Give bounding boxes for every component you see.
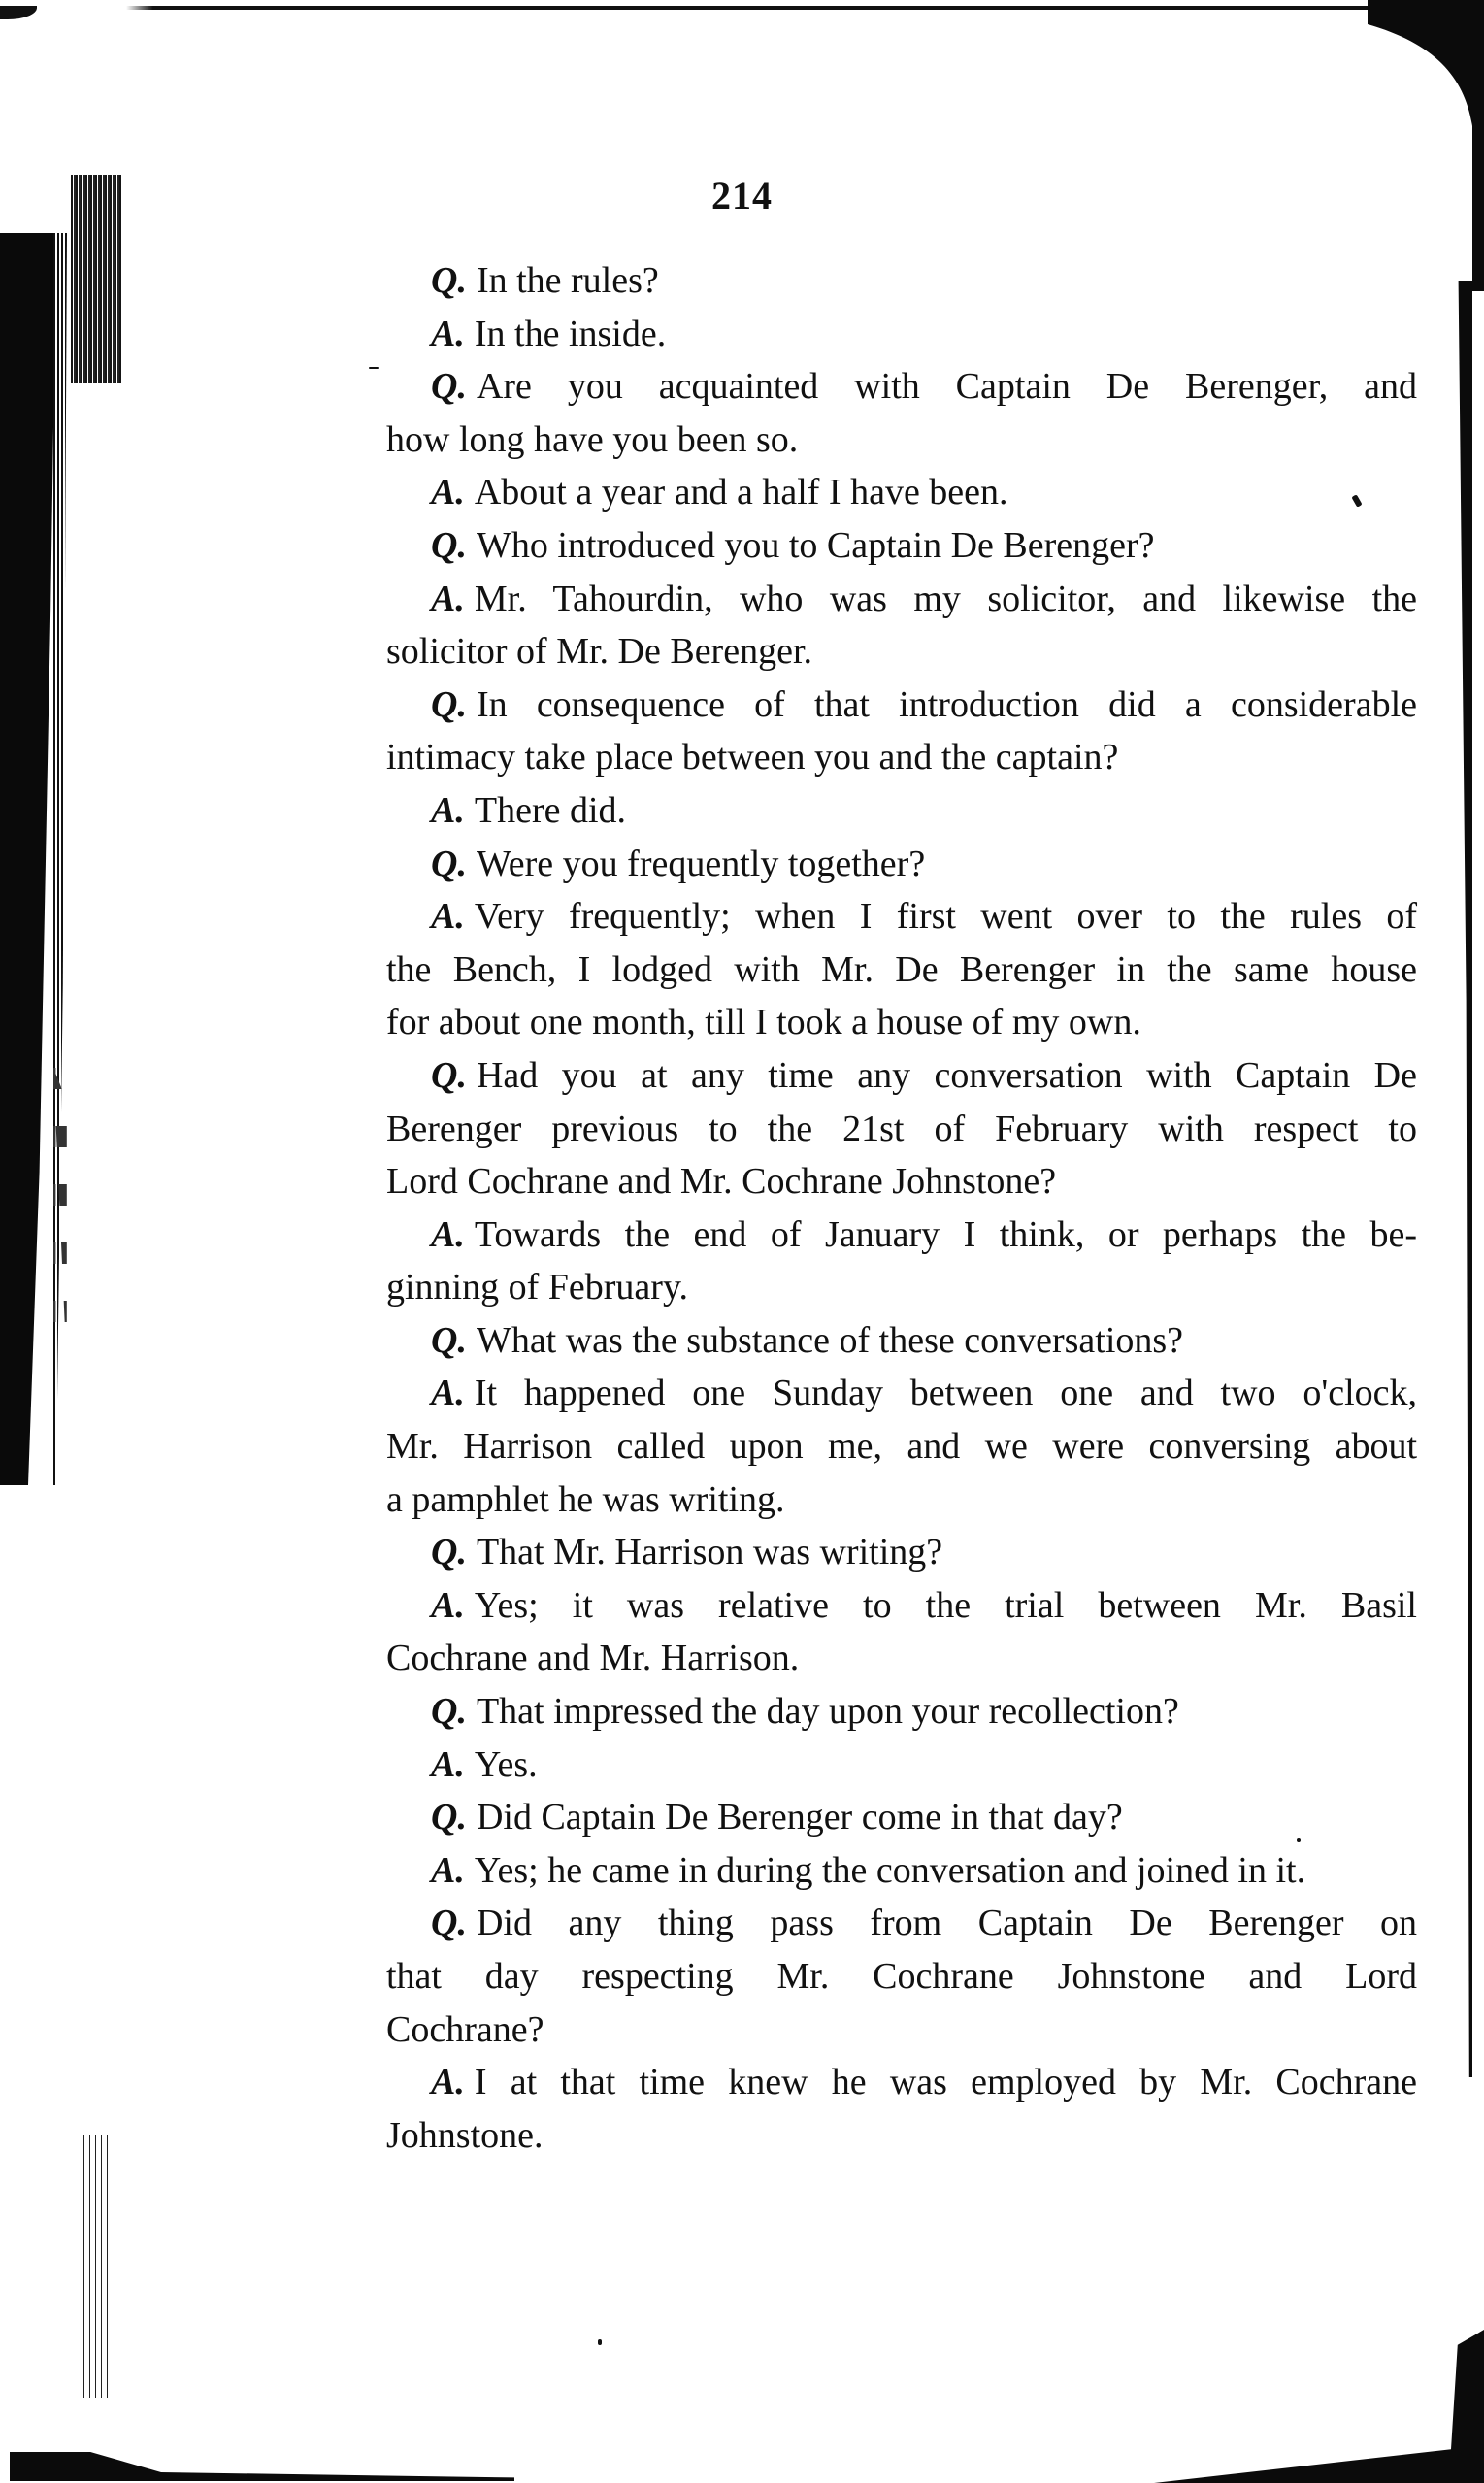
line-text: how long have you been so. xyxy=(386,419,798,460)
line-text: Johnstone. xyxy=(386,2115,544,2156)
answer-line: A.Very frequently; when I first went ove… xyxy=(386,890,1417,944)
continuation-line: Berenger previous to the 21st of Februar… xyxy=(386,1103,1417,1156)
line-text: that day respecting Mr. Cochrane Johnsto… xyxy=(386,1956,1417,1997)
scan-edge-top-left xyxy=(0,6,37,19)
answer-marker: A. xyxy=(431,472,465,513)
question-marker: Q. xyxy=(431,1797,467,1837)
question-marker: Q. xyxy=(431,1532,467,1573)
question-line: Q.What was the substance of these conver… xyxy=(386,1314,1417,1368)
answer-marker: A. xyxy=(431,1585,465,1626)
page-curl-bottom-right xyxy=(1154,2330,1484,2483)
line-text: In the inside. xyxy=(475,314,666,354)
continuation-line: Cochrane? xyxy=(386,2003,1417,2057)
line-text: solicitor of Mr. De Berenger. xyxy=(386,631,812,672)
answer-line: A.It happened one Sunday between one and… xyxy=(386,1367,1417,1420)
line-text: Yes. xyxy=(475,1744,538,1785)
continuation-line: Mr. Harrison called upon me, and we were… xyxy=(386,1420,1417,1473)
line-text: That impressed the day upon your recolle… xyxy=(477,1691,1179,1732)
line-text: intimacy take place between you and the … xyxy=(386,737,1118,778)
question-line: Q.In the rules? xyxy=(386,254,1417,308)
line-text: I at that time knew he was employed by M… xyxy=(475,2062,1417,2102)
line-text: In consequence of that introduction did … xyxy=(477,684,1417,725)
continuation-line: the Bench, I lodged with Mr. De Berenger… xyxy=(386,944,1417,997)
answer-marker: A. xyxy=(431,1373,465,1413)
line-text: Cochrane? xyxy=(386,2009,544,2050)
line-text: Very frequently; when I first went over … xyxy=(475,896,1417,937)
line-text: Are you acquainted with Captain De Beren… xyxy=(477,366,1417,407)
question-line: Q.Had you at any time any conversation w… xyxy=(386,1049,1417,1103)
page-edge-bottom xyxy=(10,2452,514,2481)
continuation-line: Johnstone. xyxy=(386,2109,1417,2163)
line-text: Mr. Harrison called upon me, and we were… xyxy=(386,1426,1417,1467)
answer-marker: A. xyxy=(431,1850,465,1891)
question-marker: Q. xyxy=(431,1055,467,1096)
continuation-line: intimacy take place between you and the … xyxy=(386,731,1417,784)
line-text: Had you at any time any conversation wit… xyxy=(477,1055,1417,1096)
question-marker: Q. xyxy=(431,525,467,566)
margin-lines-bottom xyxy=(83,2135,111,2398)
answer-line: A.Yes; he came in during the conversatio… xyxy=(386,1844,1417,1898)
line-text: It happened one Sunday between one and t… xyxy=(475,1373,1417,1413)
line-text: Were you frequently together? xyxy=(477,844,925,884)
line-text: a pamphlet he was writing. xyxy=(386,1479,785,1520)
line-text: Lord Cochrane and Mr. Cochrane Johnstone… xyxy=(386,1161,1056,1202)
ink-speck xyxy=(369,367,379,369)
continuation-line: that day respecting Mr. Cochrane Johnsto… xyxy=(386,1950,1417,2003)
book-binding-shadow xyxy=(0,233,56,1485)
line-text: Berenger previous to the 21st of Februar… xyxy=(386,1109,1417,1149)
continuation-line: for about one month, till I took a house… xyxy=(386,996,1417,1049)
continuation-line: solicitor of Mr. De Berenger. xyxy=(386,625,1417,679)
answer-marker: A. xyxy=(431,1744,465,1785)
answer-line: A.Mr. Tahourdin, who was my solicitor, a… xyxy=(386,573,1417,626)
question-line: Q.Who introduced you to Captain De Beren… xyxy=(386,519,1417,573)
question-line: Q.Did any thing pass from Captain De Ber… xyxy=(386,1897,1417,1950)
continuation-line: Lord Cochrane and Mr. Cochrane Johnstone… xyxy=(386,1155,1417,1208)
answer-line: A.In the inside. xyxy=(386,308,1417,361)
answer-line: A.I at that time knew he was employed by… xyxy=(386,2056,1417,2109)
answer-marker: A. xyxy=(431,1214,465,1255)
line-text: Yes; it was relative to the trial betwee… xyxy=(475,1585,1417,1626)
question-line: Q.Are you acquainted with Captain De Ber… xyxy=(386,360,1417,414)
question-marker: Q. xyxy=(431,366,467,407)
question-line: Q.In consequence of that introduction di… xyxy=(386,679,1417,732)
question-line: Q.That Mr. Harrison was writing? xyxy=(386,1526,1417,1579)
question-line: Q.Were you frequently together? xyxy=(386,838,1417,891)
line-text: Who introduced you to Captain De Berenge… xyxy=(477,525,1155,566)
page-body: Q.In the rules?A.In the inside.Q.Are you… xyxy=(386,254,1417,2162)
line-text: Mr. Tahourdin, who was my solicitor, and… xyxy=(475,579,1417,619)
answer-marker: A. xyxy=(431,2062,465,2102)
question-marker: Q. xyxy=(431,684,467,725)
answer-line: A.Towards the end of January I think, or… xyxy=(386,1208,1417,1262)
question-marker: Q. xyxy=(431,1903,467,1943)
answer-line: A.There did. xyxy=(386,784,1417,838)
continuation-line: a pamphlet he was writing. xyxy=(386,1473,1417,1527)
question-marker: Q. xyxy=(431,260,467,301)
answer-line: A.Yes; it was relative to the trial betw… xyxy=(386,1579,1417,1633)
line-text: What was the substance of these conversa… xyxy=(477,1320,1183,1361)
question-marker: Q. xyxy=(431,1320,467,1361)
ink-speck xyxy=(598,2339,602,2345)
page-edge-right xyxy=(1457,281,1472,2077)
answer-marker: A. xyxy=(431,896,465,937)
line-text: Did any thing pass from Captain De Beren… xyxy=(477,1903,1417,1943)
answer-marker: A. xyxy=(431,579,465,619)
page-number: 214 xyxy=(0,173,1484,218)
line-text: Yes; he came in during the conversation … xyxy=(475,1850,1305,1891)
scan-edge-top xyxy=(126,6,1466,10)
question-line: Q.Did Captain De Berenger come in that d… xyxy=(386,1791,1417,1844)
question-marker: Q. xyxy=(431,1691,467,1732)
line-text: for about one month, till I took a house… xyxy=(386,1002,1141,1043)
line-text: Did Captain De Berenger come in that day… xyxy=(477,1797,1123,1837)
line-text: the Bench, I lodged with Mr. De Berenger… xyxy=(386,949,1417,990)
question-marker: Q. xyxy=(431,844,467,884)
answer-marker: A. xyxy=(431,790,465,831)
continuation-line: Cochrane and Mr. Harrison. xyxy=(386,1632,1417,1685)
line-text: Towards the end of January I think, or p… xyxy=(475,1214,1417,1255)
line-text: There did. xyxy=(475,790,626,831)
continuation-line: ginning of February. xyxy=(386,1261,1417,1314)
line-text: About a year and a half I have been. xyxy=(475,472,1008,513)
question-line: Q.That impressed the day upon your recol… xyxy=(386,1685,1417,1738)
answer-line: A.About a year and a half I have been. xyxy=(386,466,1417,519)
answer-marker: A. xyxy=(431,314,465,354)
line-text: That Mr. Harrison was writing? xyxy=(477,1532,942,1573)
line-text: ginning of February. xyxy=(386,1267,688,1308)
continuation-line: how long have you been so. xyxy=(386,414,1417,467)
answer-line: A.Yes. xyxy=(386,1738,1417,1792)
page-curl-top-right xyxy=(1368,0,1484,291)
line-text: Cochrane and Mr. Harrison. xyxy=(386,1638,799,1678)
line-text: In the rules? xyxy=(477,260,659,301)
